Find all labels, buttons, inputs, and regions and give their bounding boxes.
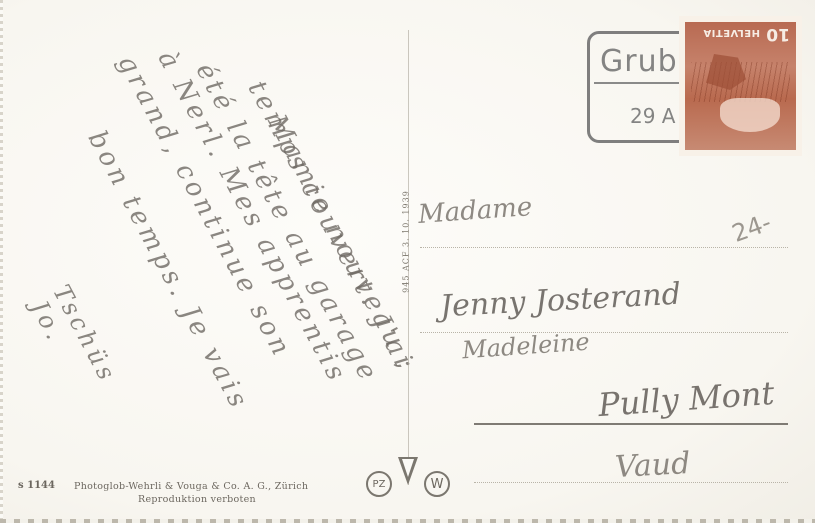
v-logo-icon [398,457,418,485]
postcard-back: Mamie nouveau ; temps couvert. J'ai été … [0,0,815,523]
reproduction-notice: Reproduktion verboten [138,494,256,505]
postmark-town: Grubi [600,44,687,79]
pz-logo-icon: PZ [366,471,392,497]
address-line-3 [474,423,788,425]
address-city: Pully Mont [597,374,776,424]
address-name: Jenny Josterand [439,277,681,325]
address-line-1 [420,247,788,248]
address-line-2 [420,332,788,333]
address-region: Vaud [614,446,691,485]
stamp-country: HELVETIA [703,27,760,38]
postage-stamp: 10 HELVETIA [679,16,802,156]
address-line2-text: Madeleine [461,328,590,365]
publisher-imprint: Photoglob-Wehrli & Vouga & Co. A. G., Zü… [74,481,308,492]
stamp-landscape [691,48,790,142]
printer-code: 945 ACF 3. 10. 1939 [402,182,411,302]
stamp-image: 10 HELVETIA [685,22,796,150]
pencil-note: 24- [728,208,774,248]
catalog-number: s 1144 [18,480,55,491]
card-left-edge [0,0,3,523]
stamp-denomination: 10 [766,24,790,44]
postmark-date: 29 A [630,104,676,128]
w-logo-icon: W [424,471,450,497]
card-bottom-edge [0,519,815,523]
address-salutation: Madame [417,192,533,230]
handwritten-message: Mamie nouveau ; temps couvert. J'ai été … [20,30,390,460]
